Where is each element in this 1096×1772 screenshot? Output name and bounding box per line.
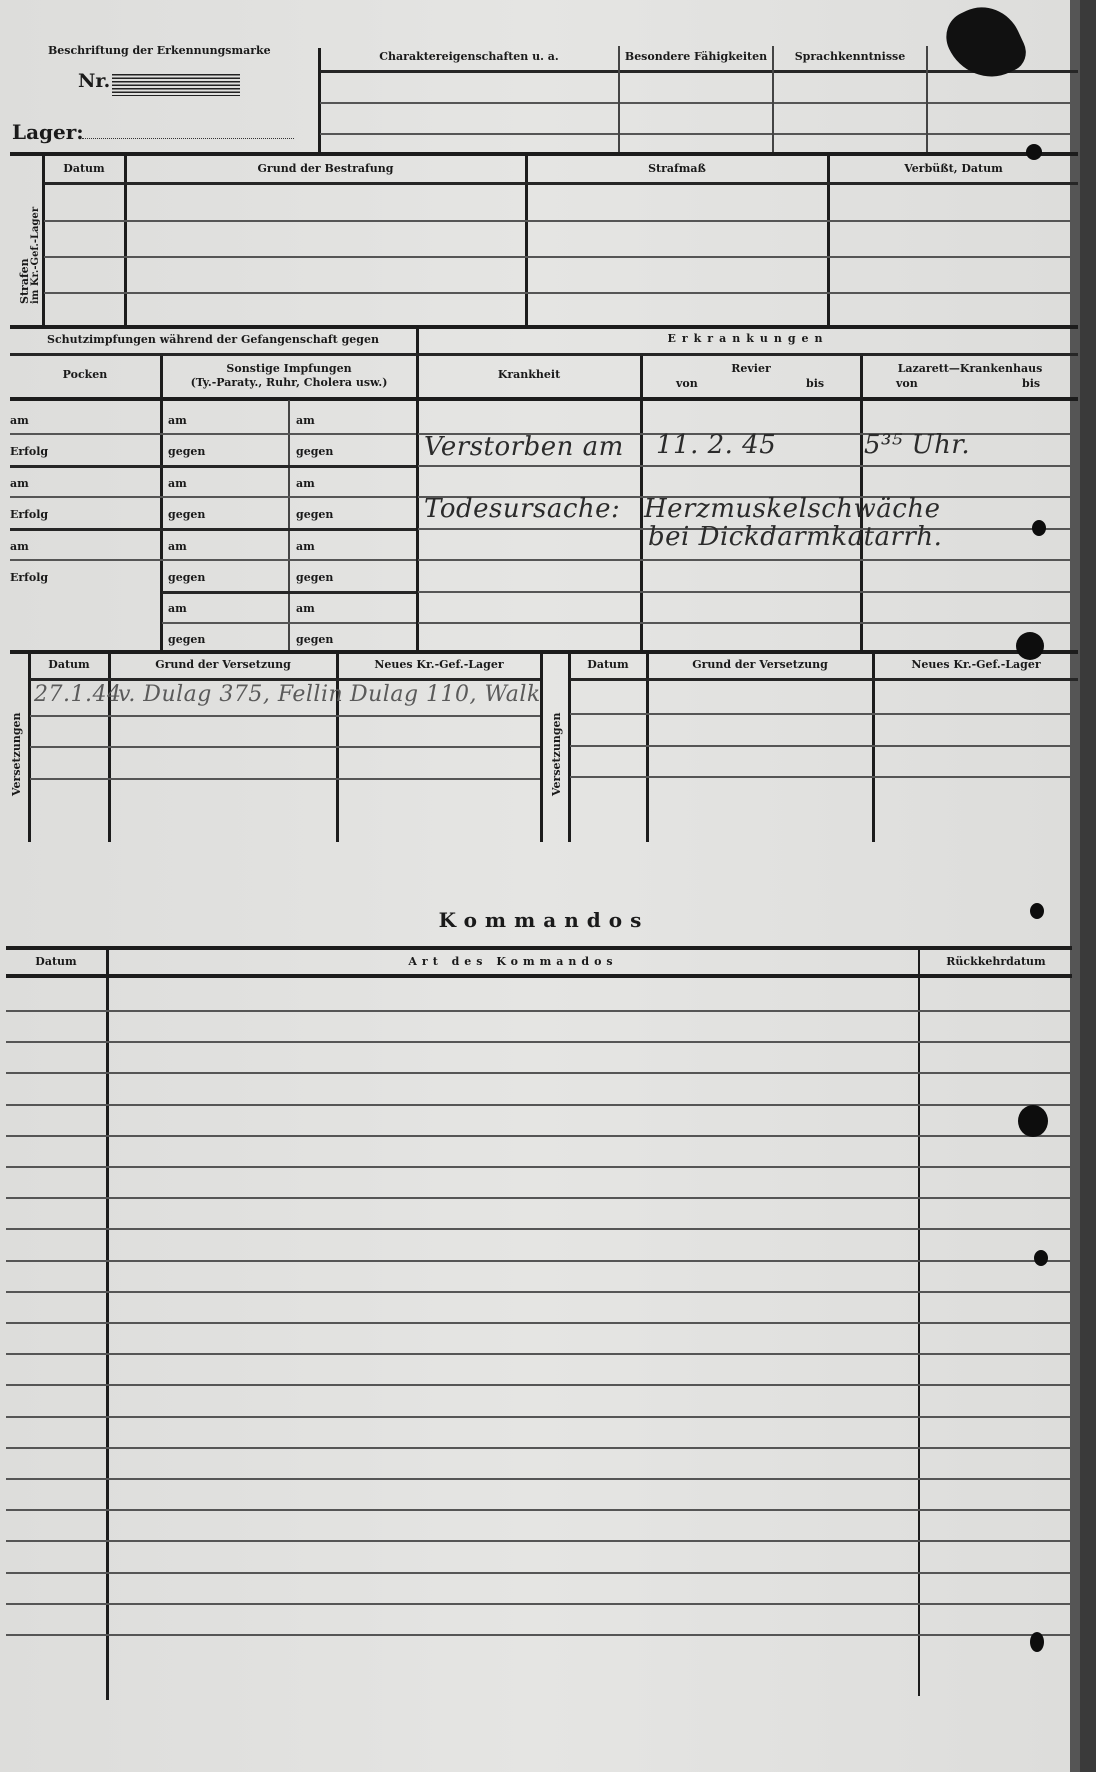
col-transfer-reason-right: Grund der Versetzung <box>648 658 872 671</box>
other-vacc-label: am <box>168 414 187 427</box>
smallpox-row-label: Erfolg <box>10 571 48 584</box>
col-kommando-date: Datum <box>6 955 106 968</box>
punch-hole <box>1016 632 1044 660</box>
kommando-row-line <box>6 1135 1072 1137</box>
other-vacc-label: am <box>168 540 187 553</box>
kommando-row-line <box>6 1478 1072 1480</box>
smallpox-row-label: am <box>10 414 29 427</box>
other-vacc-label: gegen <box>296 445 333 458</box>
other-vacc-label: gegen <box>296 571 333 584</box>
kommando-row-line <box>6 1447 1072 1449</box>
col-special-skills: Besondere Fähigkeiten <box>620 50 772 63</box>
vaccinations-title: Schutzimpfungen während der Gefangenscha… <box>10 333 416 346</box>
kommando-row-line <box>6 1228 1072 1230</box>
col-new-camp-right: Neues Kr.-Gef.-Lager <box>874 658 1078 671</box>
transfers-side-label-right: Versetzungen <box>550 712 563 796</box>
col-languages: Sprachkenntnisse <box>774 50 926 63</box>
smallpox-row-label: am <box>10 477 29 490</box>
illnesses-title: Erkrankungen <box>418 332 1078 345</box>
kommando-row-line <box>6 1353 1072 1355</box>
other-vacc-label: gegen <box>296 633 333 646</box>
handwritten-died-date: 11. 2. 45 <box>656 430 776 460</box>
camp-label: Lager: <box>12 120 84 144</box>
col-return-date: Rückkehrdatum <box>920 955 1072 968</box>
punch-hole <box>1030 1632 1044 1652</box>
punch-hole <box>1026 144 1042 160</box>
redacted-number-field <box>112 74 240 96</box>
kommando-row-line <box>6 1572 1072 1574</box>
other-vacc-label: gegen <box>296 508 333 521</box>
punch-hole <box>1018 1105 1048 1137</box>
kommando-row-line <box>6 1509 1072 1511</box>
pow-record-card-back: Beschriftung der Erkennungsmarke Nr. Lag… <box>0 0 1080 1772</box>
kommando-row-line <box>6 1384 1072 1386</box>
smallpox-row-label: Erfolg <box>10 508 48 521</box>
other-vacc-label: gegen <box>168 633 205 646</box>
other-vacc-label: am <box>296 477 315 490</box>
kommando-row-line <box>6 1291 1072 1293</box>
kommando-row-line <box>6 1634 1072 1636</box>
col-other-vaccinations: Sonstige Impfungen <box>162 362 416 375</box>
col-transfer-date: Datum <box>30 658 108 671</box>
kommando-row-line <box>6 1010 1072 1012</box>
kommando-row-line <box>6 1166 1072 1168</box>
transfers-side-label-left: Versetzungen <box>10 712 23 796</box>
punch-hole <box>1030 903 1044 919</box>
col-infirmary: Revier <box>642 362 860 375</box>
kommando-row-line <box>6 1072 1072 1074</box>
smallpox-row-label: am <box>10 540 29 553</box>
col-hospital: Lazarett—Krankenhaus <box>862 362 1078 375</box>
other-vacc-label: gegen <box>168 445 205 458</box>
kommando-row-line <box>6 1603 1072 1605</box>
other-vacc-label: gegen <box>168 508 205 521</box>
transfer-new-camp: Dulag 110, Walk <box>350 682 541 707</box>
smallpox-row-label: Erfolg <box>10 445 48 458</box>
kommandos-title: Kommandos <box>10 908 1078 932</box>
col-served-date: Verbüßt, Datum <box>829 162 1078 175</box>
handwritten-cause-label: Todesursache: <box>424 494 620 524</box>
punch-hole <box>1034 1250 1048 1266</box>
col-sentence: Strafmaß <box>527 162 827 175</box>
kommando-row-line <box>6 1416 1072 1418</box>
col-disease: Krankheit <box>418 368 640 381</box>
kommando-row-line <box>6 1104 1072 1106</box>
transfer-date: 27.1.44 <box>34 682 121 707</box>
col-transfer-date-right: Datum <box>570 658 646 671</box>
handwritten-died-time: 5³⁵ Uhr. <box>864 430 970 460</box>
transfer-reason: v. Dulag 375, Fellin <box>118 682 343 707</box>
col-kommando-type: Art des Kommandos <box>108 955 918 968</box>
handwritten-cause-line1: Herzmuskelschwäche <box>644 494 941 524</box>
col-smallpox: Pocken <box>10 368 160 381</box>
camp-field[interactable] <box>82 138 294 139</box>
hospital-to: bis <box>1022 377 1040 390</box>
other-vacc-label: am <box>168 602 187 615</box>
punch-hole <box>1032 520 1046 536</box>
infirmary-to: bis <box>806 377 824 390</box>
kommando-row-line <box>6 1260 1072 1262</box>
other-vacc-label: am <box>296 414 315 427</box>
col-other-vaccinations-sub: (Ty.-Paraty., Ruhr, Cholera usw.) <box>162 376 416 389</box>
handwritten-died-label: Verstorben am <box>424 432 624 462</box>
other-vacc-label: am <box>296 602 315 615</box>
other-vacc-label: am <box>168 477 187 490</box>
punishments-side-label-2: im Kr.-Gef.-Lager <box>30 207 41 304</box>
other-vacc-label: gegen <box>168 571 205 584</box>
kommando-row-line <box>6 1322 1072 1324</box>
handwritten-cause-line2: bei Dickdarmkatarrh. <box>648 522 942 552</box>
col-character-traits: Charaktereigenschaften u. a. <box>320 50 618 63</box>
other-vacc-label: am <box>296 540 315 553</box>
kommando-row-line <box>6 1197 1072 1199</box>
hospital-from: von <box>896 377 918 390</box>
col-new-camp: Neues Kr.-Gef.-Lager <box>338 658 540 671</box>
col-transfer-reason: Grund der Versetzung <box>110 658 336 671</box>
kommando-row-line <box>6 1540 1072 1542</box>
col-punishment-date: Datum <box>44 162 124 175</box>
col-punishment-reason: Grund der Bestrafung <box>126 162 525 175</box>
infirmary-from: von <box>676 377 698 390</box>
tag-inscription-label: Beschriftung der Erkennungsmarke <box>48 44 271 57</box>
ink-stain <box>938 0 1033 91</box>
kommando-row-line <box>6 1041 1072 1043</box>
number-label: Nr. <box>78 70 110 92</box>
